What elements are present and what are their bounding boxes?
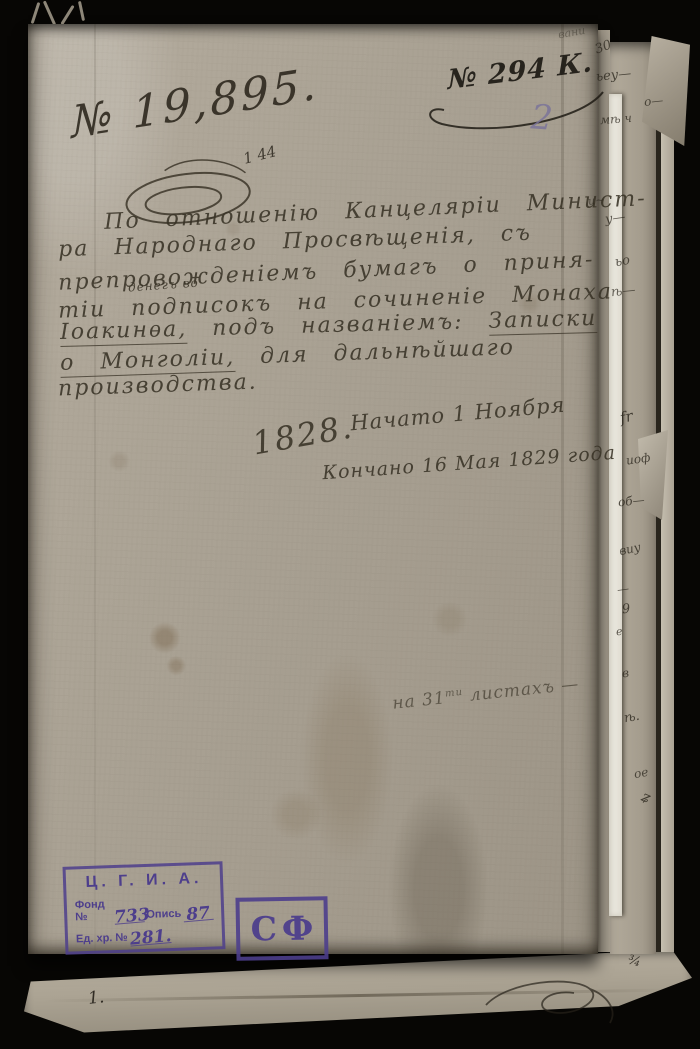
edge-fragment: е [615,625,623,639]
edge-fragment: у— [604,210,626,228]
opis-value: 87 [183,907,214,923]
unit-label: Ед. хр. № [76,932,128,946]
document-cover: № 19,895. 1 44 № 294 К. 2 По отношенію К… [28,24,598,954]
edge-fragment: в [621,666,629,681]
archive-stamp-unit-row: Ед. хр. № 281. [76,928,216,946]
binding-thread [78,1,85,21]
opis-label: Опись [146,908,181,921]
unit-value: 281. [129,930,171,947]
binding-thread [31,2,41,24]
edge-fragment: мѣ ч [600,111,633,127]
edge-fragment: ѣ. [623,709,641,726]
archival-document-photo: № 19,895. 1 44 № 294 К. 2 По отношенію К… [0,0,700,1049]
vertical-crease [561,24,564,954]
archive-stamp-fond-row: Фонд № 733 Опись 87 [75,895,216,924]
edge-fragment: ьо [614,253,631,270]
fond-label: Фонд № [75,898,113,923]
fond-value: 733 [114,909,145,925]
author-name: Іоакинѳа, [60,317,188,347]
sheets-superscript: ти [445,687,464,700]
edge-fragment: — [616,581,630,597]
sf-stamp: СФ [235,896,328,961]
edge-fragment: о— [643,93,664,109]
archive-stamp-title: Ц. Г. И. А. [74,870,215,893]
edge-fragment: 9 [621,602,631,618]
bottom-ink-flourish [478,975,628,1030]
edge-fragment: ое [633,765,650,781]
edge-fragment: об— [617,493,645,510]
work-title: Записки [488,306,597,336]
vertical-crease [94,24,96,954]
bottom-page-number: 1. [87,987,105,1009]
edge-fragment: ѣ— [610,283,636,300]
binding-thread [60,5,74,25]
edge-fragment: и~ [587,193,605,208]
pencil-page-mark: 2 [530,97,554,138]
binding-thread [43,1,56,26]
cover-fold-edge [596,30,610,952]
archive-stamp: Ц. Г. И. А. Фонд № 733 Опись 87 Ед. хр. … [63,861,226,955]
